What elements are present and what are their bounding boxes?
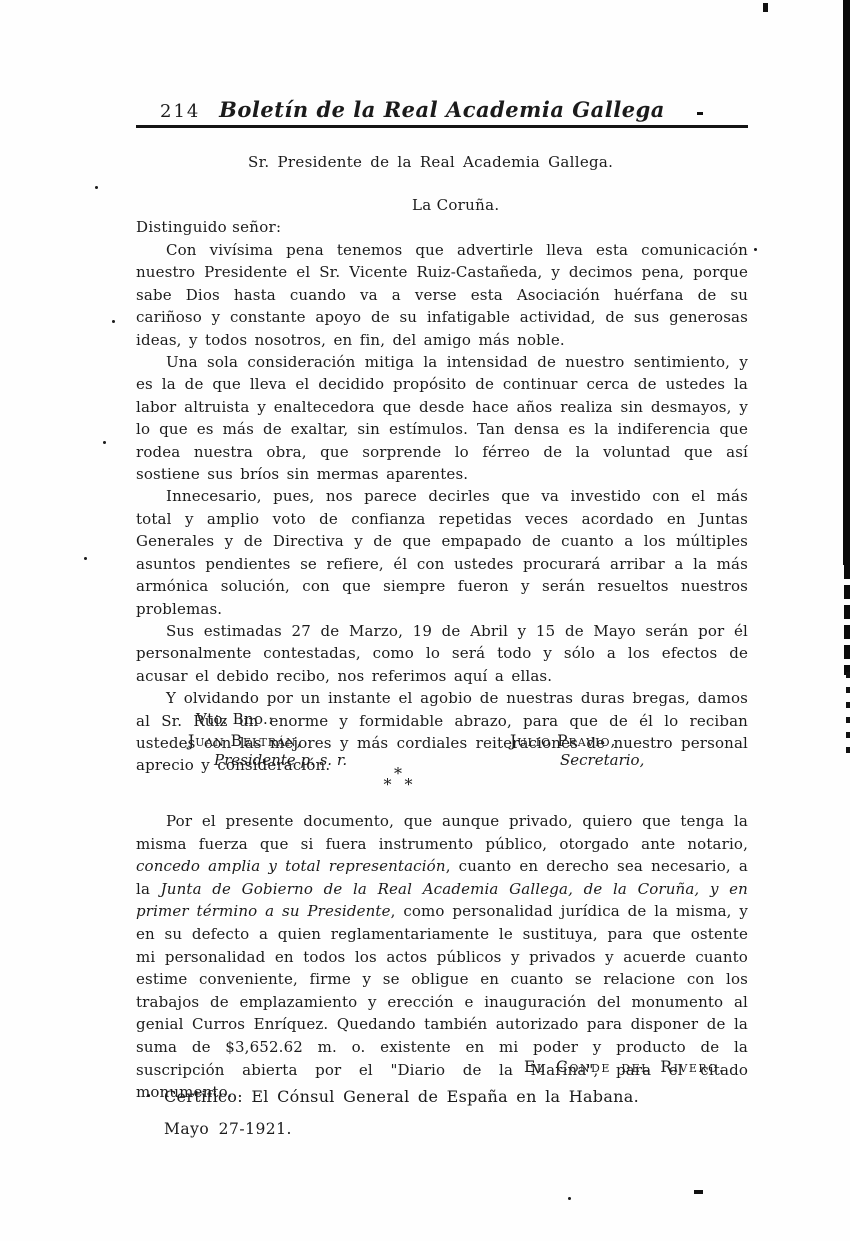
page-header: 214 Boletín de la Real Academia Gallega — [136, 97, 748, 128]
secretary-name: Julio Pravio, — [510, 732, 644, 750]
letter-salutation: Distinguido señor: — [136, 218, 281, 236]
scan-edge-artifact — [844, 565, 850, 675]
scan-speck — [95, 186, 98, 189]
signoff-president: Juan Beltrán, Presidente p. s. r. — [188, 732, 347, 769]
letter-paragraph: Con vivísima pena tenemos que advertirle… — [136, 239, 748, 351]
letter-place: La Coruña. — [412, 196, 499, 214]
president-name: Juan Beltrán, — [188, 732, 347, 750]
scan-speck — [568, 1197, 571, 1200]
scan-edge-artifact — [843, 0, 850, 565]
doc-segment-italic: concedo amplia y total representación — [136, 857, 446, 875]
vto-bno-label: Vto. Bno.: — [196, 710, 748, 728]
scan-speck — [112, 320, 115, 323]
president-role: Presidente p. s. r. — [214, 751, 347, 769]
scan-speck — [754, 248, 757, 251]
letter-signoff: Vto. Bno.: Juan Beltrán, Presidente p. s… — [136, 710, 748, 728]
letter-recipient: Sr. Presidente de la Real Academia Galle… — [248, 153, 613, 171]
secretary-role: Secretario, — [560, 751, 644, 769]
letter-paragraph: Sus estimadas 27 de Marzo, 19 de Abril y… — [136, 620, 748, 687]
scan-speck — [103, 441, 106, 444]
signoff-secretary: Julio Pravio, Secretario, — [510, 732, 644, 769]
scan-speck — [84, 557, 87, 560]
doc-segment: Por el presente documento, que aunque pr… — [136, 812, 748, 853]
scan-speck — [763, 3, 768, 12]
journal-title: Boletín de la Real Academia Gallega — [136, 97, 748, 122]
scan-edge-artifact — [846, 672, 850, 757]
consul-certification: Certifico: El Cónsul General de España e… — [164, 1087, 639, 1106]
document-date: Mayo 27-1921. — [164, 1120, 292, 1138]
scan-speck — [147, 1094, 150, 1097]
document-signature: El Conde del Rivero. — [524, 1058, 725, 1076]
letter-body: Con vivísima pena tenemos que advertirle… — [136, 239, 748, 777]
asterisk-separator: * * * — [376, 768, 424, 790]
scan-speck — [697, 112, 703, 115]
letter-paragraph: Una sola consideración mitiga la intensi… — [136, 351, 748, 485]
asterisk-bottom: * * — [376, 779, 424, 790]
scan-speck — [694, 1190, 703, 1194]
letter-paragraph: Innecesario, pues, nos parece decirles q… — [136, 485, 748, 619]
scanned-document-page: 214 Boletín de la Real Academia Gallega … — [0, 0, 850, 1241]
